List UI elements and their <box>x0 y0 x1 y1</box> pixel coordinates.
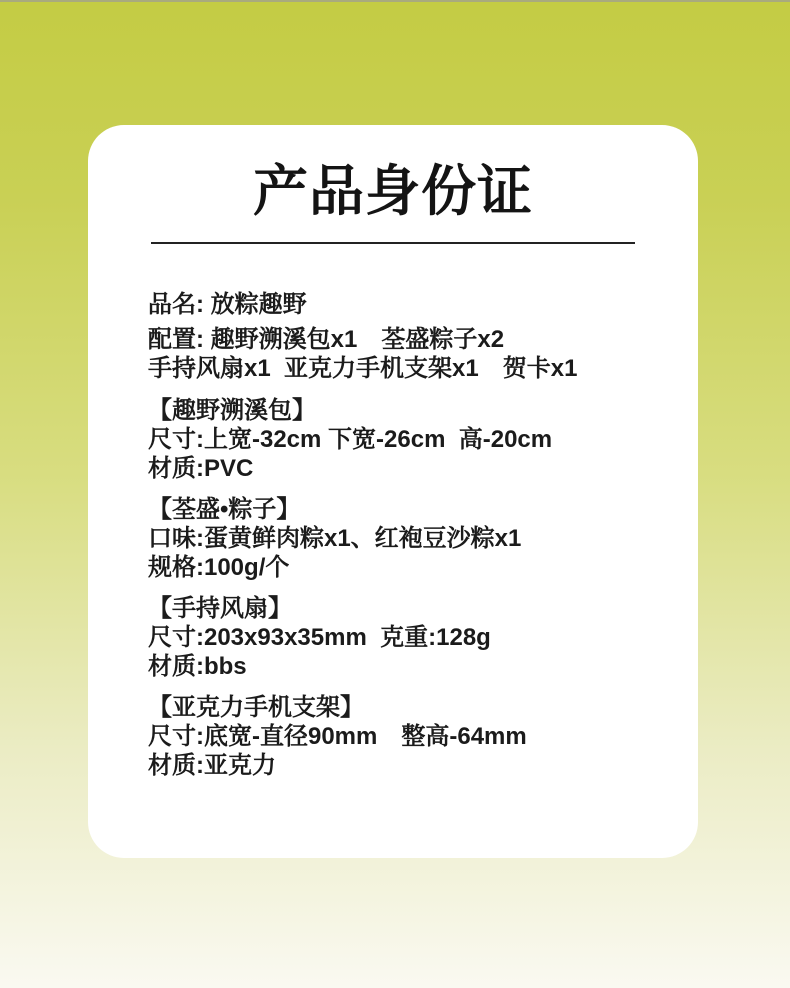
section-phone-stand-material-line: 材质:亚克力 <box>148 751 668 780</box>
section-fan-material-line: 材质:bbs <box>148 652 668 681</box>
section-fan-header: 【手持风扇】 <box>148 594 668 623</box>
section-backpack: 【趣野溯溪包】 尺寸:上宽-32cm 下宽-26cm 高-20cm 材质:PVC <box>148 396 668 483</box>
card-content: 品名: 放粽趣野 配置: 趣野溯溪包x1 荃盛粽子x2 手持风扇x1 亚克力手机… <box>88 290 698 780</box>
section-zongzi: 【荃盛•粽子】 口味:蛋黄鲜肉粽x1、红袍豆沙粽x1 规格:100g/个 <box>148 495 668 582</box>
section-zongzi-header: 【荃盛•粽子】 <box>148 495 668 524</box>
section-phone-stand: 【亚克力手机支架】 尺寸:底宽-直径90mm 整高-64mm 材质:亚克力 <box>148 693 668 780</box>
section-phone-stand-size-line: 尺寸:底宽-直径90mm 整高-64mm <box>148 722 668 751</box>
section-zongzi-spec-line: 规格:100g/个 <box>148 553 668 582</box>
product-name-block: 品名: 放粽趣野 <box>148 290 668 319</box>
section-fan-size-line: 尺寸:203x93x35mm 克重:128g <box>148 623 668 652</box>
card-title: 产品身份证 <box>88 162 698 220</box>
product-name-line: 品名: 放粽趣野 <box>148 290 668 319</box>
product-id-card: 产品身份证 品名: 放粽趣野 配置: 趣野溯溪包x1 荃盛粽子x2 手持风扇x1… <box>88 125 698 858</box>
section-backpack-size-line: 尺寸:上宽-32cm 下宽-26cm 高-20cm <box>148 425 668 454</box>
title-underline <box>151 242 635 244</box>
config-block: 配置: 趣野溯溪包x1 荃盛粽子x2 手持风扇x1 亚克力手机支架x1 贺卡x1 <box>148 325 668 383</box>
section-backpack-material-line: 材质:PVC <box>148 454 668 483</box>
config-line-2: 手持风扇x1 亚克力手机支架x1 贺卡x1 <box>148 354 668 383</box>
top-edge-strip <box>0 0 790 2</box>
section-phone-stand-header: 【亚克力手机支架】 <box>148 693 668 722</box>
config-line-1: 配置: 趣野溯溪包x1 荃盛粽子x2 <box>148 325 668 354</box>
section-backpack-header: 【趣野溯溪包】 <box>148 396 668 425</box>
section-zongzi-flavor-line: 口味:蛋黄鲜肉粽x1、红袍豆沙粽x1 <box>148 524 668 553</box>
section-fan: 【手持风扇】 尺寸:203x93x35mm 克重:128g 材质:bbs <box>148 594 668 681</box>
